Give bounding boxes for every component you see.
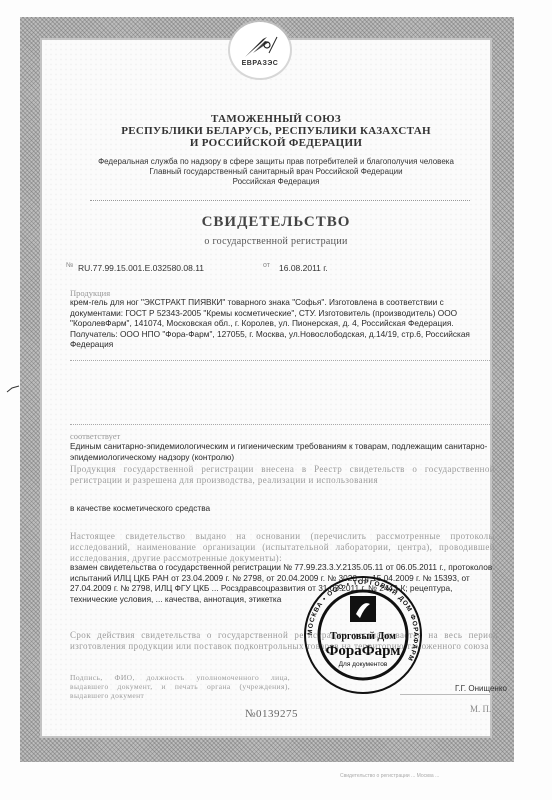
blank-line: [70, 424, 490, 425]
registration-number: RU.77.99.15.001.E.032580.08.11: [78, 263, 204, 273]
document-subtitle: о государственной регистрации: [40, 236, 512, 247]
authority-line-3: Российская Федерация: [40, 177, 512, 187]
validity-text: Срок действия свидетельства о государств…: [70, 630, 498, 652]
signer-name: Г.Г. Онищенко: [455, 684, 507, 693]
usage-text: в качестве косметического средства: [70, 503, 210, 514]
stamp-line-2: ФораФарм: [302, 643, 424, 660]
bottom-note: Свидетельство о регистрации ... Москва .…: [340, 773, 439, 779]
check-mark-icon: [6, 384, 20, 394]
authority-line-2: Главный государственный санитарный врач …: [40, 167, 512, 177]
seal-mark: М. П.: [470, 704, 491, 714]
union-line-3: И РОССИЙСКОЙ ФЕДЕРАЦИИ: [40, 137, 512, 149]
blank-line: [70, 360, 490, 361]
serial-number: №0139275: [245, 708, 298, 720]
company-stamp: МОСКВА • ООО • ТОРГОВЫЙ ДОМ ФОРАФАРМ Тор…: [302, 574, 424, 696]
date-label: от: [263, 262, 270, 269]
number-label: №: [66, 262, 74, 269]
stamp-line-3: Для документов: [302, 661, 424, 668]
signature-footnote: Подпись, ФИО, должность уполномоченного …: [70, 673, 290, 700]
authority-line-1: Федеральная служба по надзору в сфере за…: [40, 157, 512, 167]
conformity-text: Единым санитарно-эпидемиологическим и ги…: [70, 441, 495, 462]
divider: [90, 200, 470, 202]
document-title: СВИДЕТЕЛЬСТВО: [40, 214, 512, 231]
union-line-2: РЕСПУБЛИКИ БЕЛАРУСЬ, РЕСПУБЛИКИ КАЗАХСТА…: [40, 125, 512, 137]
basis-text: взамен свидетельства о государственной р…: [70, 562, 498, 604]
certificate-page: ЕВРАЗЭС ТАМОЖЕННЫЙ СОЮЗ РЕСПУБЛИКИ БЕЛАР…: [0, 0, 552, 800]
product-description: крем-гель для ног "ЭКСТРАКТ ПИЯВКИ" това…: [70, 297, 498, 350]
registration-note: Продукция государственной регистрации вн…: [70, 464, 495, 486]
union-line-1: ТАМОЖЕННЫЙ СОЮЗ: [40, 113, 512, 125]
conformity-label: соответствует: [70, 431, 120, 441]
emblem-icon: [241, 33, 279, 59]
stamp-line-1: Торговый Дом: [302, 631, 424, 642]
registration-date: 16.08.2011 г.: [279, 263, 328, 273]
eurasec-logo: ЕВРАЗЭС: [230, 22, 290, 78]
union-heading: ТАМОЖЕННЫЙ СОЮЗ РЕСПУБЛИКИ БЕЛАРУСЬ, РЕС…: [40, 113, 512, 149]
logo-text: ЕВРАЗЭС: [242, 60, 279, 67]
basis-note: Настоящее свидетельство выдано на основа…: [70, 531, 495, 564]
authority-heading: Федеральная служба по надзору в сфере за…: [40, 157, 512, 187]
